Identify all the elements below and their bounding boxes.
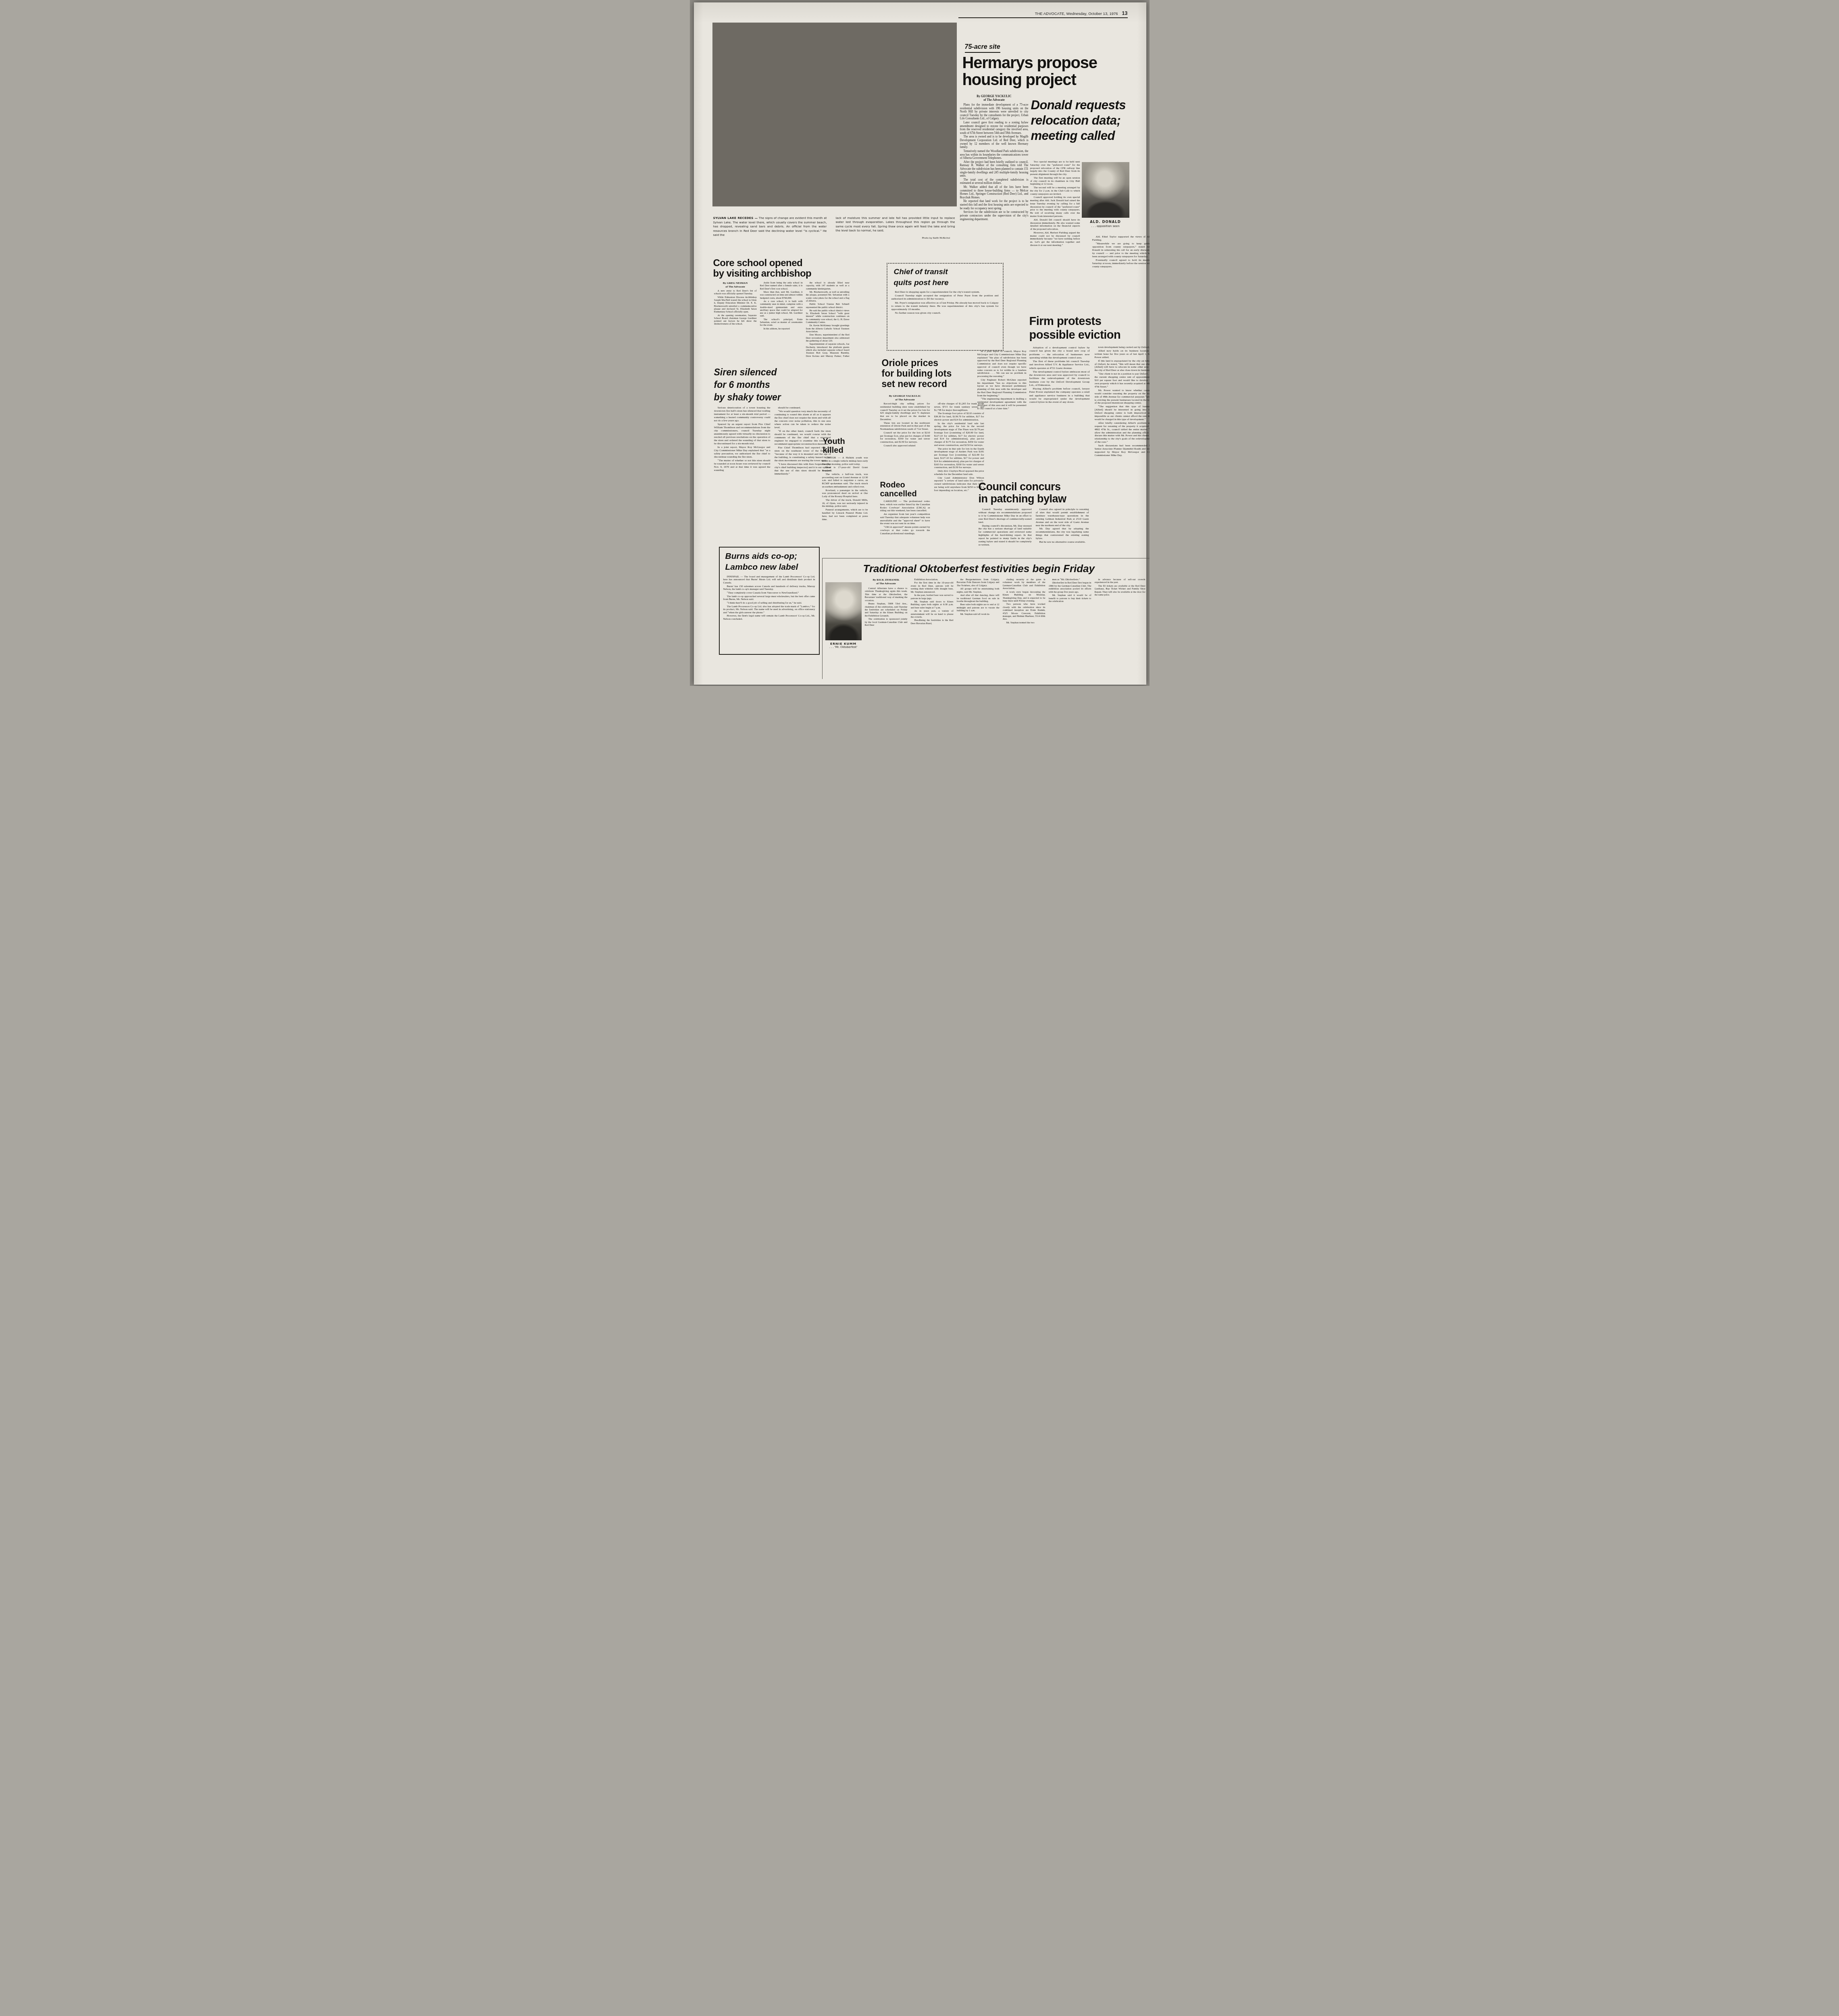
okt-colF: in advance because of sell-out crowds ex… bbox=[1095, 578, 1145, 681]
siren-col1: Serious deterioration of a tower housing… bbox=[714, 406, 771, 534]
youth-body: CASTOR — A Halkirk youth was killed in a… bbox=[822, 456, 868, 569]
core-col2: Aside from being the only school in Red … bbox=[760, 281, 803, 358]
firm-col1: Adoption of a development control bylaw … bbox=[1029, 346, 1090, 479]
oktoberfest-left-rule bbox=[822, 558, 823, 679]
byline-oktoberfest: By RICK ZEMANEK of The Advocate bbox=[865, 578, 908, 585]
byline-okt-name: By RICK ZEMANEK bbox=[865, 578, 908, 582]
newspaper-page: THE ADVOCATE, Wednesday, October 13, 197… bbox=[694, 2, 1146, 685]
oriole-col1: Record-high city selling prices for resi… bbox=[880, 402, 930, 477]
byline-okt-org: of The Advocate bbox=[865, 582, 908, 585]
transit-body: Red Deer is shopping again for a superin… bbox=[887, 290, 1003, 335]
byline-hermarys-name: By GEORGE YACKULIC bbox=[960, 94, 1029, 98]
core-col3: the school is already filled near capaci… bbox=[806, 281, 850, 358]
council-col2: Council also agreed in principle to rezo… bbox=[1036, 508, 1089, 569]
byline-oriole-org: of The Advocate bbox=[880, 398, 930, 402]
headline-oriole: Oriole prices for building lots set new … bbox=[882, 358, 999, 389]
headline-firm-protests: Firm protests possible eviction bbox=[1029, 314, 1150, 342]
byline-hermarys-org: of The Advocate bbox=[960, 98, 1029, 102]
rodeo-body: CAROLINE — The professional rodeo here, … bbox=[880, 500, 930, 568]
headline-hermarys: Hermarys propose housing project bbox=[962, 55, 1140, 88]
byline-oriole-name: By GEORGE YACKULIC bbox=[880, 394, 930, 398]
headline-rodeo: Rodeo cancelled bbox=[880, 481, 941, 499]
page-number: 13 bbox=[1122, 10, 1128, 16]
donald-photo-caption-name: ALD. DONALD bbox=[1077, 220, 1134, 224]
donald-photo-caption-sub: . . . opposition seen bbox=[1077, 224, 1134, 228]
byline-core: By GREG NEIMAN of The Advocate bbox=[714, 281, 757, 289]
photo-credit: Photo by Keith McNichol bbox=[922, 237, 950, 240]
headline-transit: Chief of transit quits post here bbox=[887, 264, 1003, 290]
okt-colA: Central Albertans have a chance to celeb… bbox=[865, 587, 908, 681]
okt-colC: the Burgermeisters from Calgary, Bavaria… bbox=[957, 578, 1000, 681]
dateline-text: THE ADVOCATE, Wednesday, October 13, 197… bbox=[1035, 12, 1118, 16]
byline-core-org: of The Advocate bbox=[714, 285, 757, 289]
byline-hermarys: By GEORGE YACKULIC of The Advocate bbox=[960, 94, 1029, 102]
ernie-kumm-photo bbox=[825, 582, 862, 640]
headline-oktoberfest: Traditional Oktoberfest festivities begi… bbox=[863, 563, 1150, 575]
okt-colE: men as “Mr. Oktoberfests.”Oktoberfest in… bbox=[1049, 578, 1091, 681]
byline-oriole: By GEORGE YACKULIC of The Advocate bbox=[880, 394, 930, 402]
lake-caption-text2: lack of moisture this summer and late fa… bbox=[836, 216, 955, 232]
lake-caption-col1: SYLVAN LAKE RECEDES — The signs of chang… bbox=[713, 216, 827, 237]
headline-donald: Donald requests relocation data; meeting… bbox=[1031, 98, 1150, 143]
headline-council-concurs: Council concurs in patching bylaw bbox=[979, 481, 1095, 505]
burns-box: Burns aids co-op; Lambco new label INNIS… bbox=[719, 547, 820, 655]
headline-core-school: Core school opened by visiting archbisho… bbox=[713, 258, 850, 279]
ernie-kumm-caption-name: ERNIE KUMM bbox=[822, 642, 865, 646]
transit-box: Chief of transit quits post here Red Dee… bbox=[887, 263, 1004, 351]
headline-youth-killed: Youth killed bbox=[823, 437, 867, 455]
newspaper-scan: THE ADVOCATE, Wednesday, October 13, 197… bbox=[690, 0, 1150, 686]
byline-core-name: By GREG NEIMAN bbox=[714, 281, 757, 285]
kicker-75-acre-site: 75-acre site bbox=[965, 44, 1000, 53]
core-col1: A new entry to Red Deer's list of school… bbox=[714, 289, 757, 358]
donald-col1: Two special meetings are to be held next… bbox=[1030, 160, 1080, 306]
oktoberfest-top-rule bbox=[822, 558, 1150, 558]
okt-colD: cluding security at the gates is volunte… bbox=[1003, 578, 1046, 681]
donald-portrait-photo bbox=[1082, 162, 1129, 218]
lake-caption-col2: lack of moisture this summer and late fa… bbox=[836, 216, 955, 233]
donald-photo-caption: ALD. DONALD . . . opposition seen bbox=[1077, 220, 1134, 228]
sylvan-lake-photo bbox=[712, 23, 957, 206]
headline-burns: Burns aids co-op; Lambco new label bbox=[720, 548, 819, 575]
ernie-kumm-caption: ERNIE KUMM . . . 'Mr. Oktoberfest' bbox=[822, 642, 865, 649]
lake-caption-lead: SYLVAN LAKE RECEDES — bbox=[713, 216, 758, 220]
firm-col2: town development being carried out by Ox… bbox=[1095, 346, 1150, 569]
page-dateline: THE ADVOCATE, Wednesday, October 13, 197… bbox=[958, 10, 1128, 18]
donald-col2: Ald. Ethel Taylor supported the views of… bbox=[1092, 235, 1150, 306]
ernie-kumm-caption-sub: . . . 'Mr. Oktoberfest' bbox=[822, 646, 865, 649]
headline-siren: Siren silenced for 6 months by shaky tow… bbox=[714, 366, 815, 403]
council-col1: Council Tuesday unanimously approved wit… bbox=[979, 508, 1032, 569]
okt-colB: Exhibition Association.For the first tim… bbox=[911, 578, 954, 681]
burns-body: INNISFAIL — The board and management of … bbox=[720, 575, 819, 648]
oriole-col2: off-site charges of $1,265 for trunk sto… bbox=[934, 402, 984, 568]
